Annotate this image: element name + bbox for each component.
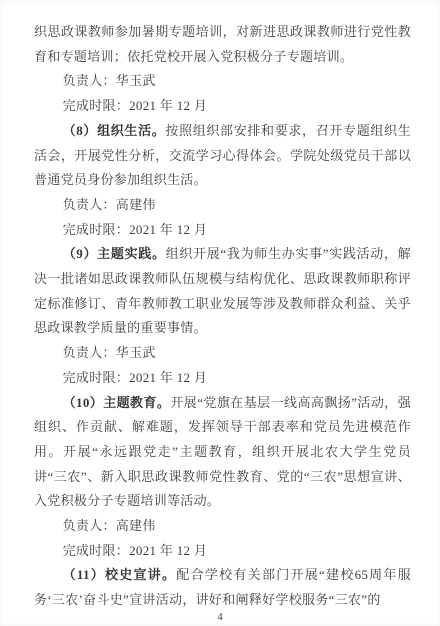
- document-body: 织思政课教师参加暑期专题培训，对新进思政课教师进行党性教育和专题培训；依托党校开…: [34, 20, 411, 613]
- deadline-line: 完成时限：2021 年 12 月: [34, 366, 411, 391]
- continued-paragraph: 织思政课教师参加暑期专题培训，对新进思政课教师进行党性教育和专题培训；依托党校开…: [34, 20, 411, 69]
- responsible-person-line: 负责人：华玉武: [34, 69, 411, 94]
- page-number: 4: [0, 611, 440, 623]
- item-11-heading: （11）校史宣讲。: [63, 567, 177, 582]
- item-9-paragraph: （9）主题实践。组织开展“我为师生办实事”实践活动，解决一批诸如思政课教师队伍规…: [34, 242, 411, 341]
- item-10-heading: （10）主题教育。: [63, 395, 171, 410]
- item-10-paragraph: （10）主题教育。开展“党旗在基层一线高高飘扬”活动，强组织、作贡献、解难题，发…: [34, 391, 411, 515]
- item-10-body: 开展“党旗在基层一线高高飘扬”活动，强组织、作贡献、解难题，发挥领导干部表率和党…: [34, 395, 411, 509]
- responsible-person-line: 负责人：高建伟: [34, 514, 411, 539]
- deadline-line: 完成时限：2021 年 12 月: [34, 539, 411, 564]
- item-8-heading: （8）组织生活。: [63, 123, 166, 138]
- document-page: 织思政课教师参加暑期专题培训，对新进思政课教师进行党性教育和专题培训；依托党校开…: [0, 0, 440, 626]
- responsible-person-line: 负责人：华玉武: [34, 341, 411, 366]
- responsible-person-line: 负责人：高建伟: [34, 193, 411, 218]
- item-8-paragraph: （8）组织生活。按照组织部安排和要求，召开专题组织生活会，开展党性分析，交流学习…: [34, 119, 411, 193]
- deadline-line: 完成时限：2021 年 12 月: [34, 218, 411, 243]
- item-9-heading: （9）主题实践。: [63, 246, 166, 261]
- item-11-paragraph: （11）校史宣讲。配合学校有关部门开展“建校65周年服务‘三农’奋斗史”宣讲活动…: [34, 563, 411, 612]
- deadline-line: 完成时限：2021 年 12 月: [34, 94, 411, 119]
